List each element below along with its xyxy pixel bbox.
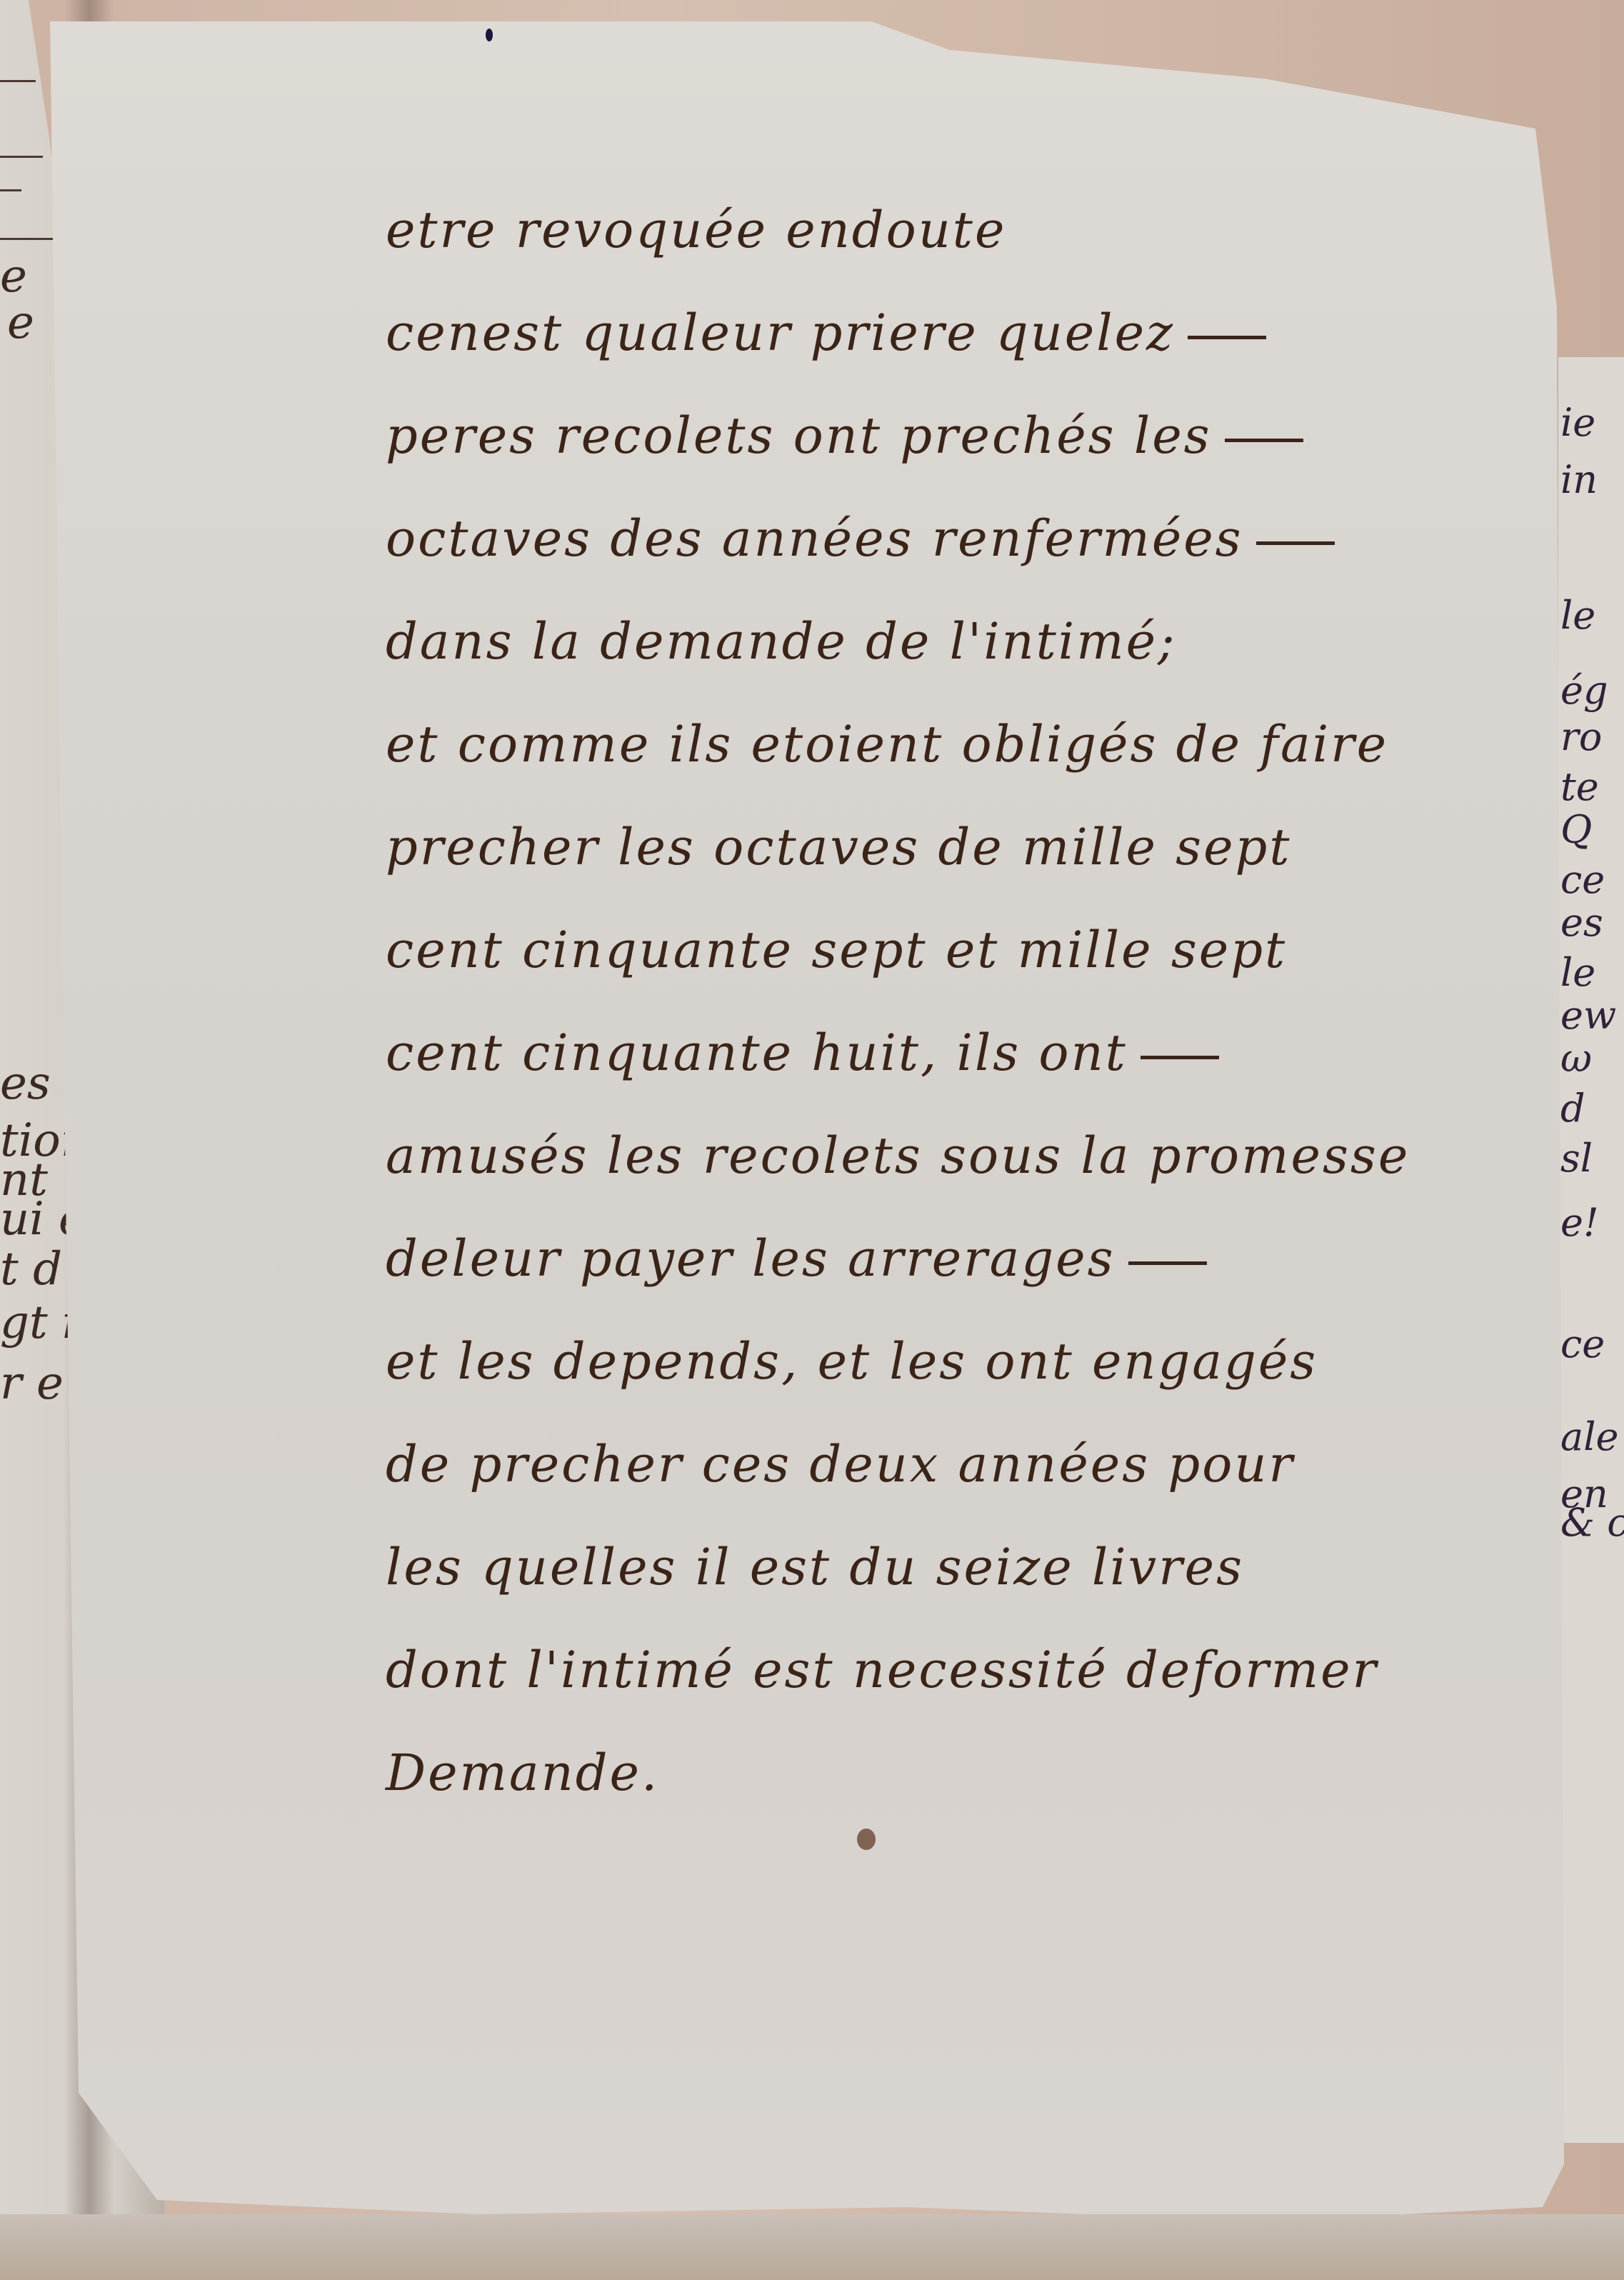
right-page-text: d [1560, 1086, 1585, 1131]
line-text: deleur payer les arrerages [386, 1229, 1116, 1288]
right-page-text: & c. [1560, 1500, 1624, 1545]
manuscript-line: deleur payer les arrerages [386, 1207, 1500, 1310]
right-page-text: Q [1560, 807, 1592, 852]
manuscript-line: etre revoquée endoute [386, 179, 1500, 281]
manuscript-line: les quelles il est du seize livres [386, 1516, 1500, 1619]
right-page-text: le [1560, 950, 1595, 995]
line-text: cent cinquante sept et mille sept [386, 921, 1287, 979]
stacked-page-edges [0, 2214, 1624, 2280]
right-page-text: te [1560, 764, 1599, 809]
right-page-text: ce [1560, 1321, 1605, 1366]
line-filler-dash [1128, 1261, 1207, 1265]
line-filler-dash [1141, 1056, 1219, 1059]
right-page-text: ω [1560, 1036, 1592, 1081]
manuscript-line: Demande. [386, 1721, 1500, 1824]
right-page-text: in [1560, 457, 1598, 502]
right-page-text: ie [1560, 400, 1595, 445]
left-page-text: es [0, 1057, 51, 1110]
line-text: Demande. [386, 1744, 659, 1802]
left-page-rule [0, 189, 21, 191]
line-text: et les depends, et les ont engagés [386, 1332, 1318, 1391]
right-page-text: es [1560, 900, 1603, 945]
right-page-text: ég [1560, 668, 1608, 713]
line-text: amusés les recolets sous la promesse [386, 1126, 1410, 1185]
left-page-rule [0, 156, 43, 158]
line-text: de precher ces deux années pour [386, 1435, 1295, 1494]
line-text: les quelles il est du seize livres [386, 1538, 1244, 1596]
manuscript-line: et comme ils etoient obligés de faire [386, 693, 1500, 796]
manuscript-line: cent cinquante huit, ils ont [386, 1001, 1500, 1104]
ink-stain [857, 1829, 876, 1850]
manuscript-line: dont l'intimé est necessité deformer [386, 1619, 1500, 1721]
manuscript-line: amusés les recolets sous la promesse [386, 1104, 1500, 1207]
left-page-text: e [7, 296, 34, 349]
manuscript-line: peres recolets ont prechés les [386, 384, 1500, 487]
manuscript-text-block: etre revoquée endoute cenest qualeur pri… [386, 179, 1500, 1824]
line-filler-dash [1188, 336, 1266, 339]
line-text: precher les octaves de mille sept [386, 818, 1291, 876]
ink-blot [486, 29, 493, 41]
manuscript-line: cenest qualeur priere quelez [386, 281, 1500, 384]
line-text: cenest qualeur priere quelez [386, 304, 1175, 362]
line-text: etre revoquée endoute [386, 201, 1006, 259]
left-page-text: t d [0, 1243, 62, 1296]
manuscript-line: octaves des années renfermées [386, 487, 1500, 590]
line-text: dans la demande de l'intimé; [386, 612, 1177, 671]
manuscript-line: precher les octaves de mille sept [386, 796, 1500, 899]
line-text: peres recolets ont prechés les [386, 406, 1212, 465]
manuscript-line: de precher ces deux années pour [386, 1413, 1500, 1516]
line-text: dont l'intimé est necessité deformer [386, 1641, 1378, 1699]
left-page-rule [0, 80, 36, 82]
right-page-text: ro [1560, 714, 1602, 759]
right-page-text: e! [1560, 1200, 1599, 1245]
line-filler-dash [1256, 541, 1335, 545]
line-text: cent cinquante huit, ils ont [386, 1024, 1128, 1082]
line-text: et comme ils etoient obligés de faire [386, 715, 1388, 774]
line-filler-dash [1225, 439, 1303, 442]
manuscript-line: dans la demande de l'intimé; [386, 590, 1500, 693]
right-page-text: le [1560, 593, 1595, 638]
right-page-text: ale [1560, 1414, 1618, 1459]
right-page-text: ew [1560, 993, 1616, 1038]
right-page-text: sl [1560, 1136, 1593, 1181]
manuscript-line: et les depends, et les ont engagés [386, 1310, 1500, 1413]
line-text: octaves des années renfermées [386, 509, 1243, 568]
manuscript-line: cent cinquante sept et mille sept [386, 899, 1500, 1001]
right-page-text: ce [1560, 857, 1605, 902]
left-page-text: e [0, 250, 27, 303]
